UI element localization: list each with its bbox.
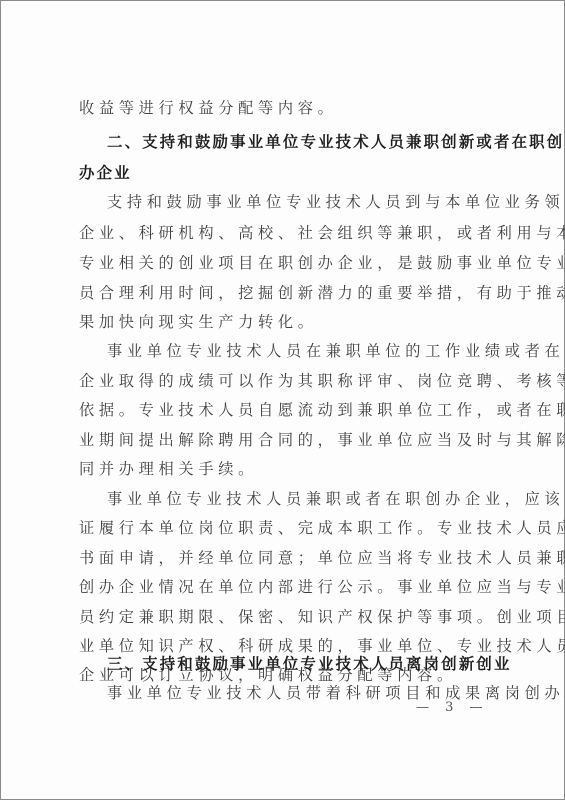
section-heading-2: 二、支持和鼓励事业单位专业技术人员兼职创新或者在职创 — [107, 132, 527, 152]
section-heading-2-cont: 办企业 — [79, 163, 499, 183]
paragraph-line: 证履行本单位岗位职责、完成本职工作。专业技术人员应当提出 — [79, 518, 499, 538]
paragraph-line: 依据。专业技术人员自愿流动到兼职单位工作，或者在职创办企 — [79, 400, 499, 420]
page-number: — 3 — — [416, 700, 489, 715]
paragraph-line: 员约定兼职期限、保密、知识产权保护等事项。创业项目涉及事 — [79, 607, 499, 627]
paragraph-line: 果加快向现实生产力转化。 — [79, 312, 499, 332]
paragraph-line: 事业单位专业技术人员兼职或者在职创办企业，应该同时保 — [107, 489, 527, 509]
paragraph-line: 企业、科研机构、高校、社会组织等兼职，或者利用与本人从事 — [79, 223, 499, 243]
paragraph-line: 业期间提出解除聘用合同的，事业单位应当及时与其解除聘用合 — [79, 430, 499, 450]
paragraph-line: 企业取得的成绩可以作为其职称评审、岗位竞聘、考核等的重要 — [79, 371, 499, 391]
paragraph-line: 事业单位专业技术人员在兼职单位的工作业绩或者在职创办 — [107, 341, 527, 361]
section-heading-3: 三、支持和鼓励事业单位专业技术人员离岗创新创业 — [107, 654, 527, 674]
paragraph-line: 同并办理相关手续。 — [79, 459, 499, 479]
paragraph-line: 专业相关的创业项目在职创办企业，是鼓励事业单位专业技术人 — [79, 253, 499, 273]
paragraph-line: 支持和鼓励事业单位专业技术人员到与本单位业务领域相近 — [107, 192, 527, 212]
paragraph-line: 收益等进行权益分配等内容。 — [79, 98, 499, 118]
document-page: 收益等进行权益分配等内容。 二、支持和鼓励事业单位专业技术人员兼职创新或者在职创… — [0, 0, 565, 800]
paragraph-line: 业单位知识产权、科研成果的，事业单位、专业技术人员、相关 — [79, 636, 499, 656]
paragraph-line: 员合理利用时间，挖掘创新潜力的重要举措，有助于推动科技成 — [79, 283, 499, 303]
paragraph-line: 创办企业情况在单位内部进行公示。事业单位应当与专业技术人 — [79, 577, 499, 597]
paragraph-line: 书面申请，并经单位同意；单位应当将专业技术人员兼职和在职 — [79, 548, 499, 568]
